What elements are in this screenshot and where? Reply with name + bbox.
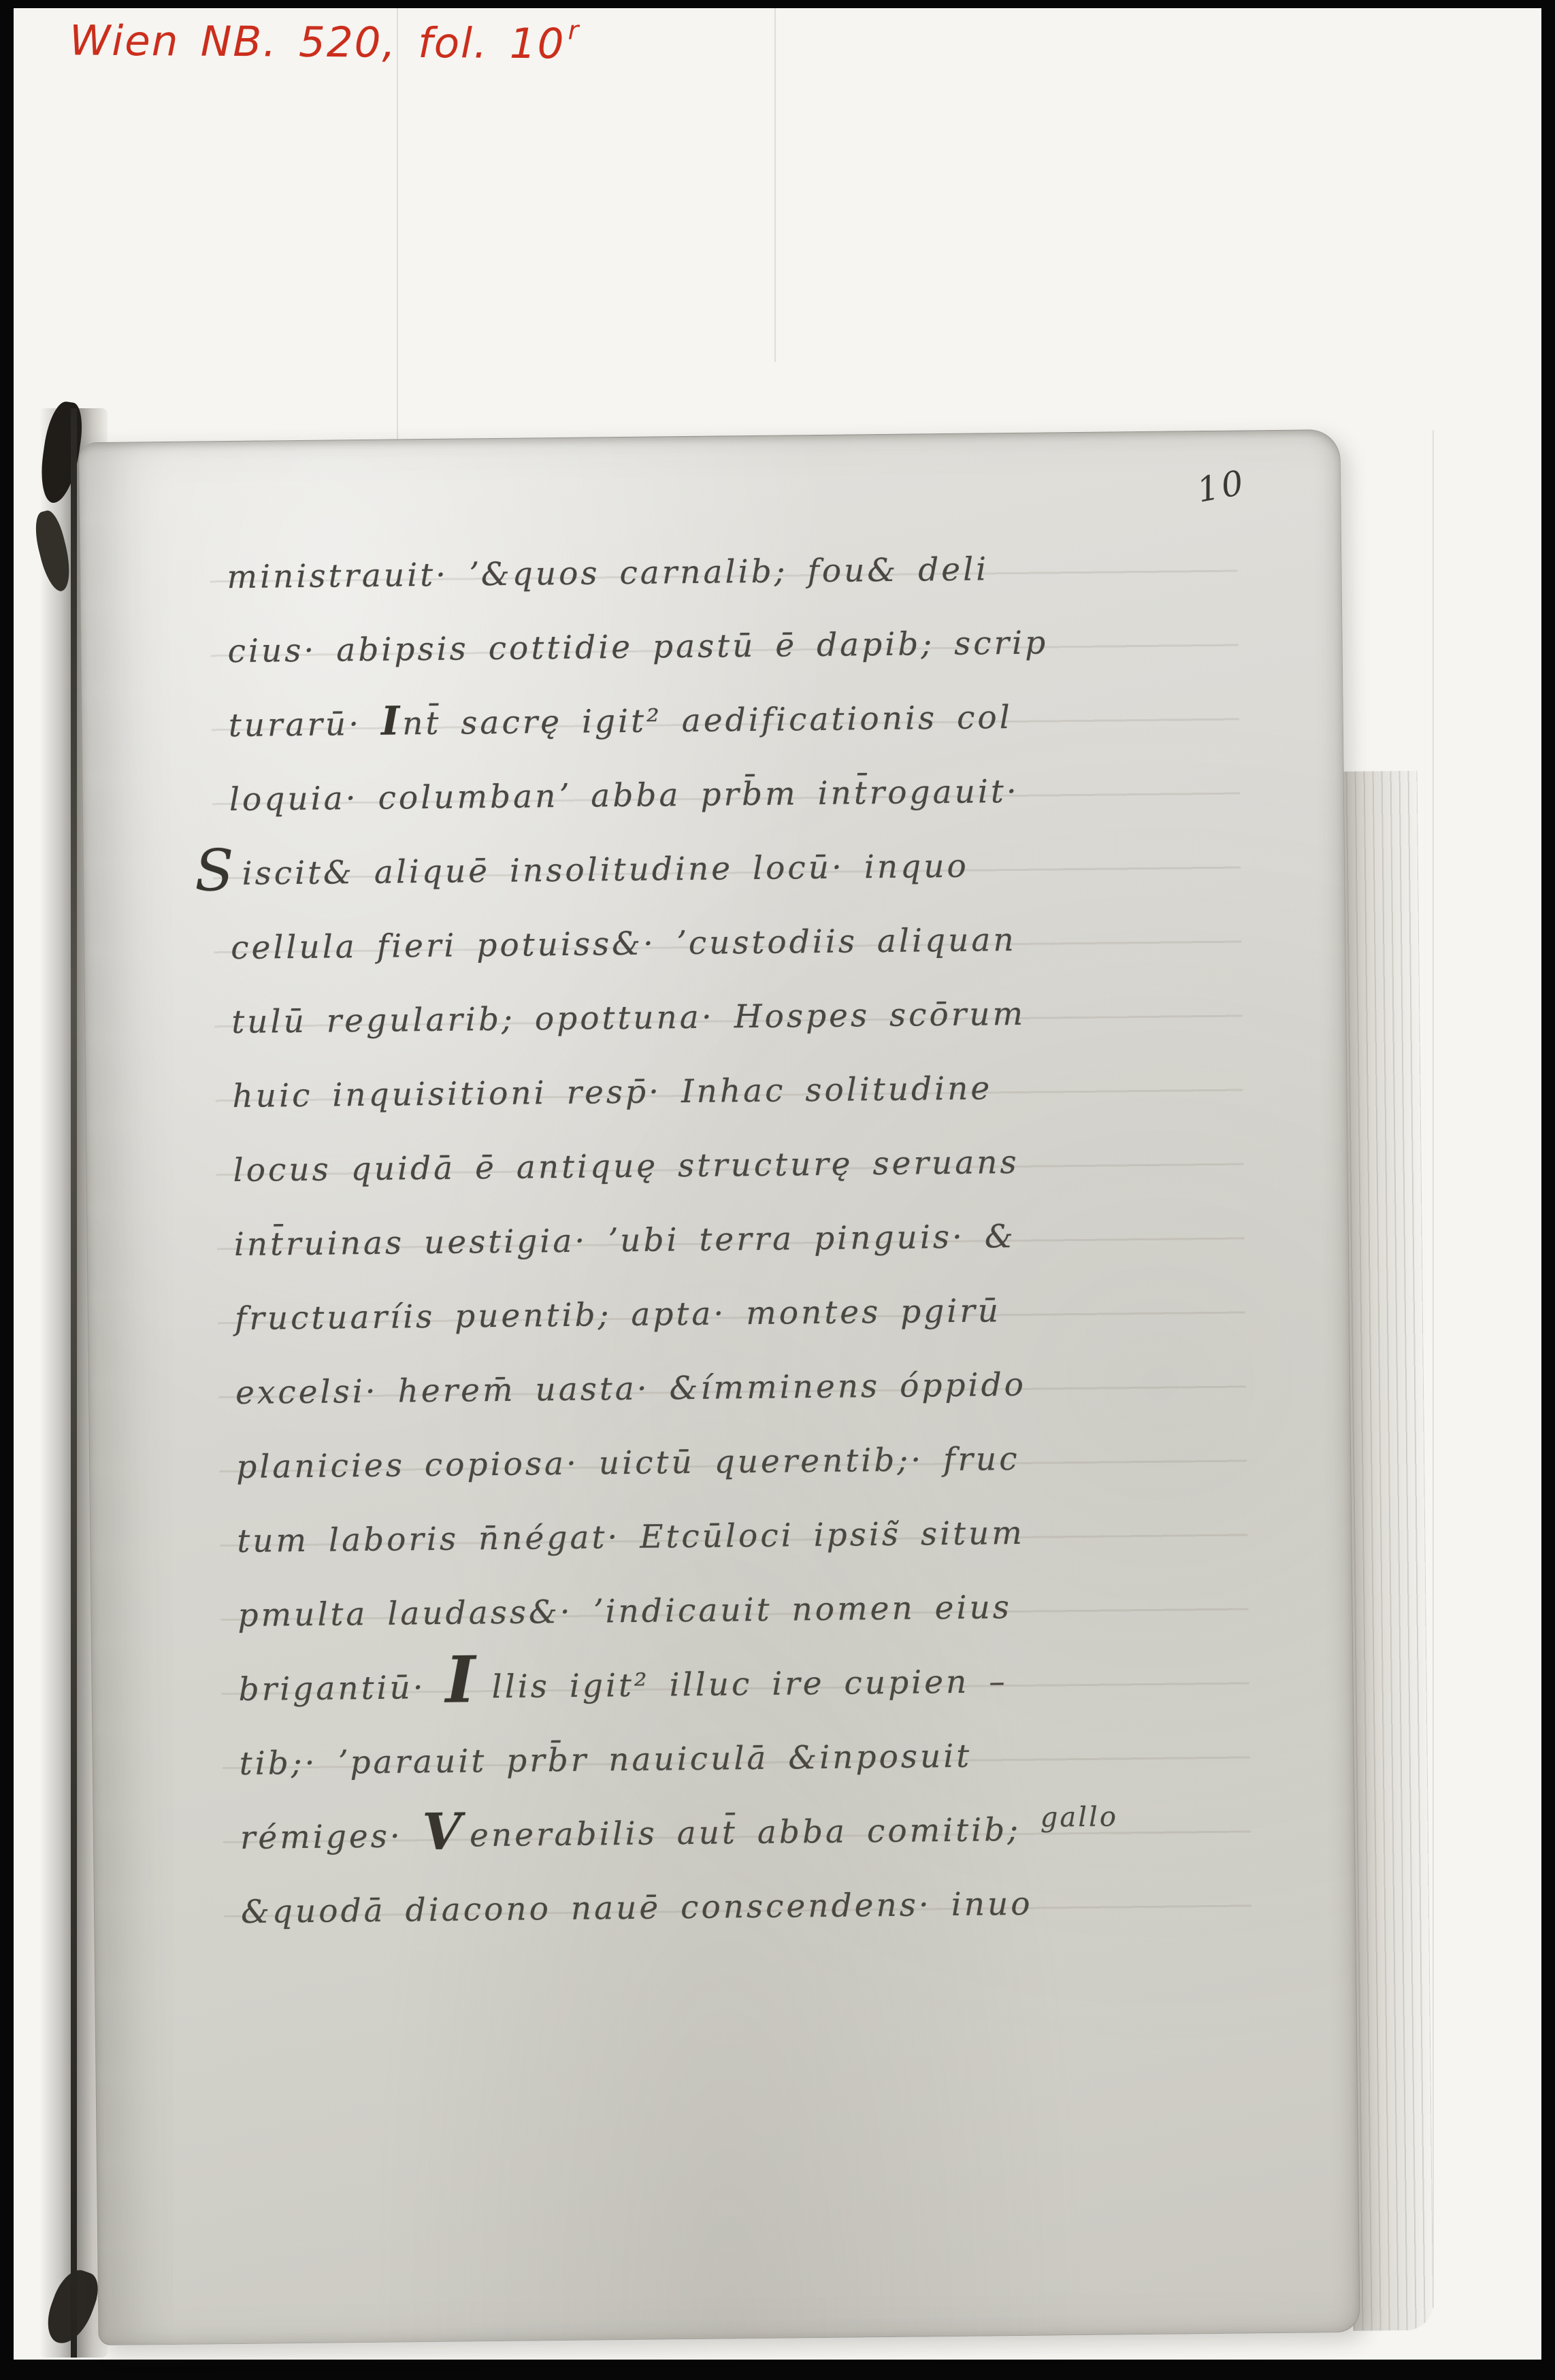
manuscript-leaf-wrap: 10 ministrauit· ʼ&quos carnalib; fou& de… [78,429,1433,2344]
annotation-superscript-r: r [568,15,580,45]
line-text: tulū regularib; opottuna· Hospes scōrum [231,995,1026,1041]
manuscript-line: locus quidā ē antiquę structurę seruans [233,1113,1111,1197]
line-text: &quodā diacono nauē conscendens· inuo [241,1885,1033,1931]
line-text: tum laboris n̄négat· Etcūloci ipsis̃ sit… [237,1515,1025,1560]
line-text: ministrauit· ʼ&quos carnalib; fou& deli [227,550,989,596]
archive-annotation: Wien NB. 520, fol. 10r [69,12,580,68]
line-text: loquia· columbanʼ abba prb̄m int̄rogauit… [229,773,1019,819]
manuscript-line: cius· abipsis cottidie pastū ē dapib; sc… [227,594,1106,678]
scan-streak [774,8,776,362]
binding-cord [71,408,77,2358]
scan-streak [1433,430,1434,2308]
line-text: enerabilis aut̄ abba comitib; [470,1811,1041,1855]
line-text: huic inquisitioni resp̄· Inhac solitudin… [232,1070,992,1115]
line-pre: turarū· [229,706,382,744]
binding-shadow [30,508,76,594]
manuscript-line: turarū· Int̄ sacrę igit² aedificationis … [228,668,1107,752]
line-text: nt̄ sacrę igit² aedificationis col [402,699,1013,742]
line-text: llis igit² illuc ire cupien – [491,1663,1008,1706]
line-initial: I [381,697,403,744]
line-initial: V [422,1796,465,1870]
folio-number: 10 [1194,463,1249,510]
manuscript-line: fructuaríis puentib; apta· montes pgirū [234,1261,1113,1345]
line-text: int̄ruinas uestigia· ʼubi terra pinguis·… [233,1218,1015,1263]
manuscript-line: loquia· columbanʼ abba prb̄m int̄rogauit… [229,742,1107,826]
line-pre: brigantiū· [238,1669,446,1708]
annotation-text: Wien NB. 520, fol. 10 [69,16,566,68]
manuscript-line: pmulta laudass&· ʼindicauit nomen eius [238,1557,1116,1641]
manuscript-line: brigantiū· Illis igit² illuc ire cupien … [238,1632,1117,1715]
manuscript-line: &quodā diacono nauē conscendens· inuo [240,1854,1119,1938]
manuscript-line: tum laboris n̄négat· Etcūloci ipsis̃ sit… [237,1483,1115,1567]
manuscript-line: tib;· ʼparauit prb̄r nauiculā &inposuit [239,1706,1117,1789]
manuscript-line: excelsi· herem̄ uasta· &ímminens óppido [235,1336,1113,1419]
line-text: excelsi· herem̄ uasta· &ímminens óppido [235,1366,1026,1412]
manuscript-page: 10 ministrauit· ʼ&quos carnalib; fou& de… [78,429,1360,2345]
photo-frame: Wien NB. 520, fol. 10r 10 ministrauit· ʼ… [0,0,1555,2380]
line-initial: S [194,833,237,908]
manuscript-line: cellula fieri potuiss&· ʼcustodiis aliqu… [230,891,1109,974]
manuscript-line: huic inquisitioni resp̄· Inhac solitudin… [232,1039,1111,1123]
manuscript-line: tulū regularib; opottuna· Hospes scōrum [231,965,1110,1048]
photo-paper: Wien NB. 520, fol. 10r 10 ministrauit· ʼ… [14,8,1541,2360]
line-initial: I [445,1643,478,1717]
line-text: cius· abipsis cottidie pastū ē dapib; sc… [227,624,1048,670]
line-text: tib;· ʼparauit prb̄r nauiculā &inposuit [239,1738,972,1783]
line-text: locus quidā ē antiquę structurę seruans [233,1144,1019,1189]
text-block: ministrauit· ʼ&quos carnalib; fou& deli … [227,520,1119,1938]
manuscript-line: planicies copiosa· uictū querentib;· fru… [235,1409,1114,1493]
line-text: planicies copiosa· uictū querentib;· fru… [236,1440,1020,1486]
line-pre: rémiges· [240,1817,423,1857]
manuscript-line: int̄ruinas uestigia· ʼubi terra pinguis·… [233,1187,1112,1271]
line-text: iscit& aliquē insolitudine locū· inquo [242,848,969,893]
scan-streak [397,8,398,444]
manuscript-line: ministrauit· ʼ&quos carnalib; fou& deli [227,520,1105,604]
manuscript-line: Siscit& aliquē insolitudine locū· inquo [229,816,1108,900]
line-text: cellula fieri potuiss&· ʼcustodiis aliqu… [231,921,1017,967]
manuscript-line: rémiges· Venerabilis aut̄ abba comitib; … [240,1780,1118,1864]
line-tail: gallo [1041,1801,1119,1833]
line-text: fructuaríis puentib; apta· montes pgirū [235,1292,1002,1338]
line-text: pmulta laudass&· ʼindicauit nomen eius [238,1589,1012,1634]
